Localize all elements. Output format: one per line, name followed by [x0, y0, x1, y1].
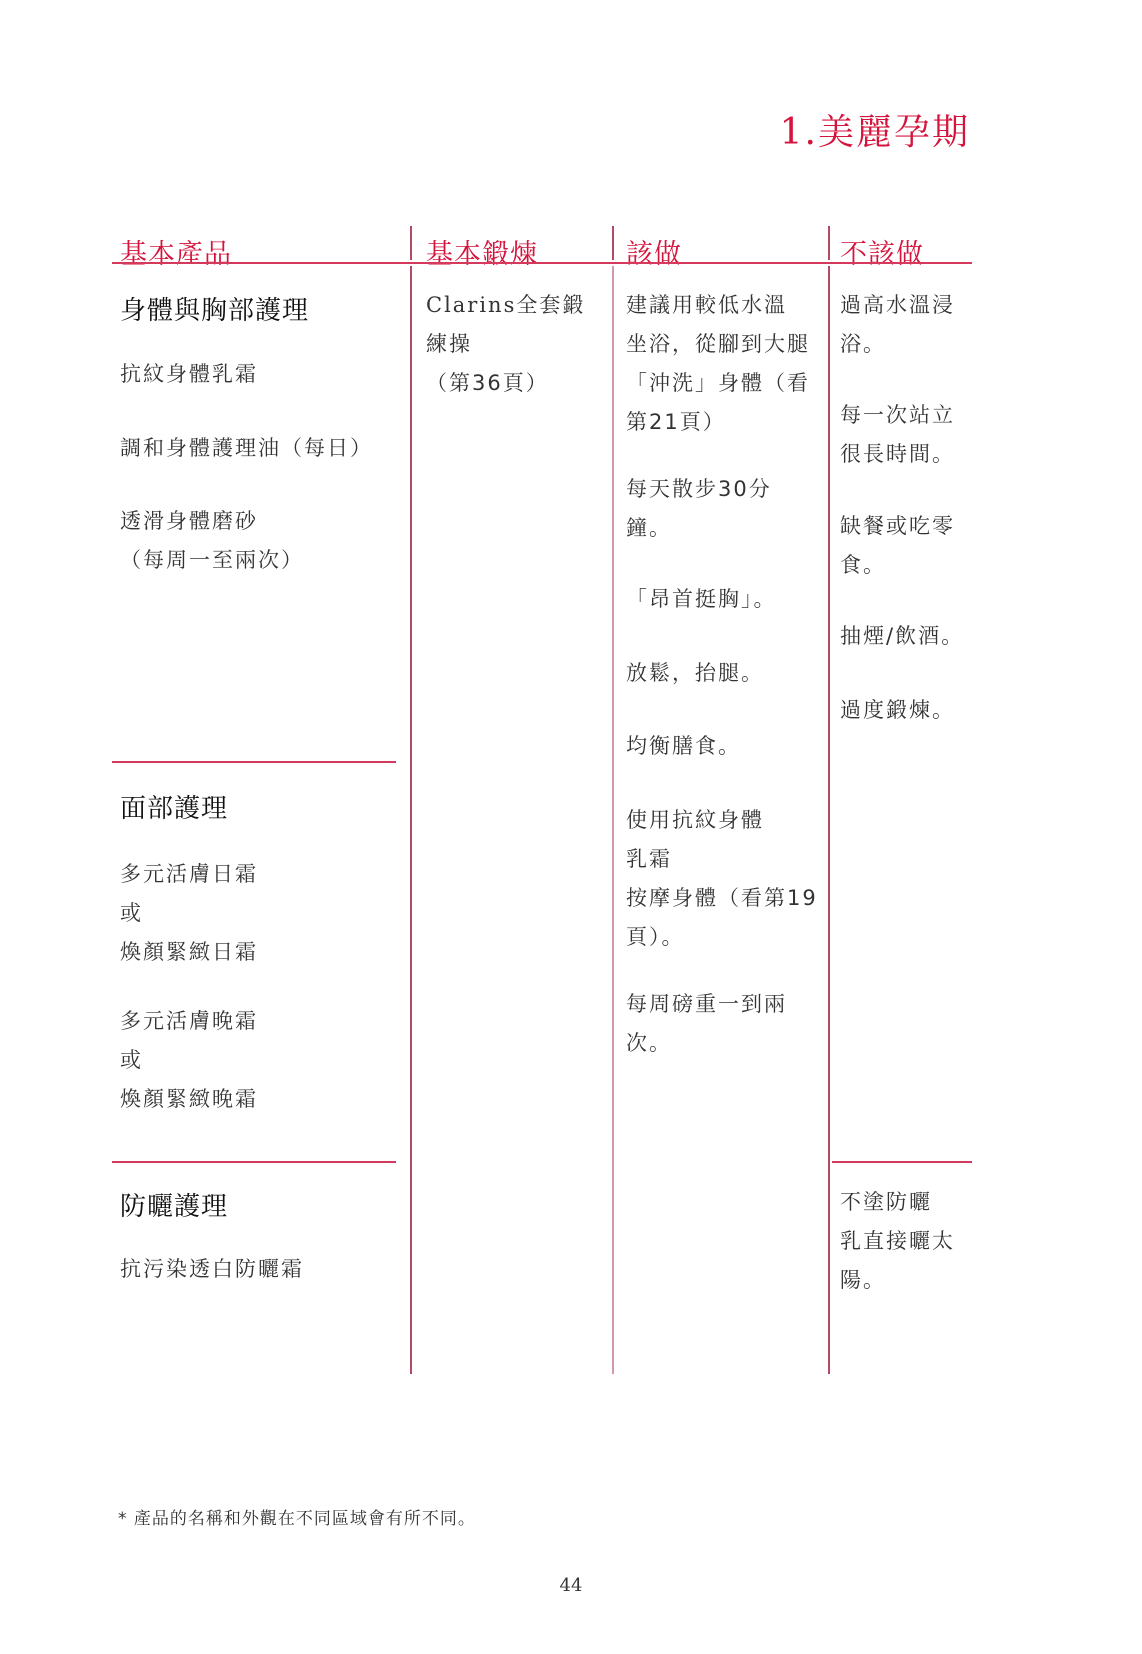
- header-divider: [612, 226, 614, 260]
- page-number: 44: [0, 1575, 1142, 1596]
- do-item: 均衡膳食。: [626, 727, 741, 766]
- do-item: 「昂首挺胸」。: [626, 580, 777, 619]
- header-divider: [410, 226, 412, 260]
- column-divider: [612, 266, 614, 1374]
- do-item: 每周磅重一到兩 次。: [626, 985, 787, 1063]
- section-title-sun-care: 防曬護理: [120, 1186, 228, 1223]
- column-header-basic-products: 基本產品: [120, 232, 232, 271]
- column-divider: [410, 266, 412, 1374]
- product-item: 調和身體護理油（每日）: [120, 429, 373, 468]
- product-item: 多元活膚日霜 或 煥顏緊緻日霜: [120, 855, 258, 972]
- dont-item: 抽煙/飲酒。: [840, 617, 964, 656]
- header-divider: [828, 226, 830, 260]
- do-item: 建議用較低水溫 坐浴，從腳到大腿 「沖洗」身體（看 第21頁）: [626, 286, 810, 442]
- header-rule: [112, 262, 972, 264]
- section-title-body-care: 身體與胸部護理: [120, 290, 309, 327]
- dont-item-sun: 不塗防曬 乳直接曬太 陽。: [840, 1183, 955, 1300]
- product-item: 抗污染透白防曬霜: [120, 1250, 304, 1289]
- column-header-donts: 不該做: [840, 232, 924, 271]
- do-item: 放鬆，抬腿。: [626, 654, 764, 693]
- exercise-text: Clarins全套鍛 練操 （第36頁）: [426, 286, 585, 403]
- column-header-basic-exercise: 基本鍛煉: [426, 232, 538, 271]
- do-item: 每天散步30分 鐘。: [626, 470, 772, 548]
- column-header-dos: 該做: [626, 232, 682, 271]
- section-title-face-care: 面部護理: [120, 788, 228, 825]
- page-title: 1.美麗孕期: [780, 104, 970, 155]
- product-item: 抗紋身體乳霜: [120, 355, 258, 394]
- product-item: 多元活膚晚霜 或 煥顏緊緻晚霜: [120, 1002, 258, 1119]
- footnote: * 產品的名稱和外觀在不同區域會有所不同。: [118, 1504, 476, 1529]
- do-item: 使用抗紋身體 乳霜 按摩身體（看第19 頁）。: [626, 801, 818, 957]
- dont-item: 過高水溫浸 浴。: [840, 286, 955, 364]
- dont-item: 缺餐或吃零 食。: [840, 507, 955, 585]
- column-divider: [828, 266, 830, 1374]
- product-item: 透滑身體磨砂 （每周一至兩次）: [120, 502, 304, 580]
- dont-item: 每一次站立 很長時間。: [840, 396, 955, 474]
- dont-item: 過度鍛煉。: [840, 691, 955, 730]
- section-rule: [112, 761, 396, 763]
- section-rule: [832, 1161, 972, 1163]
- section-rule: [112, 1161, 396, 1163]
